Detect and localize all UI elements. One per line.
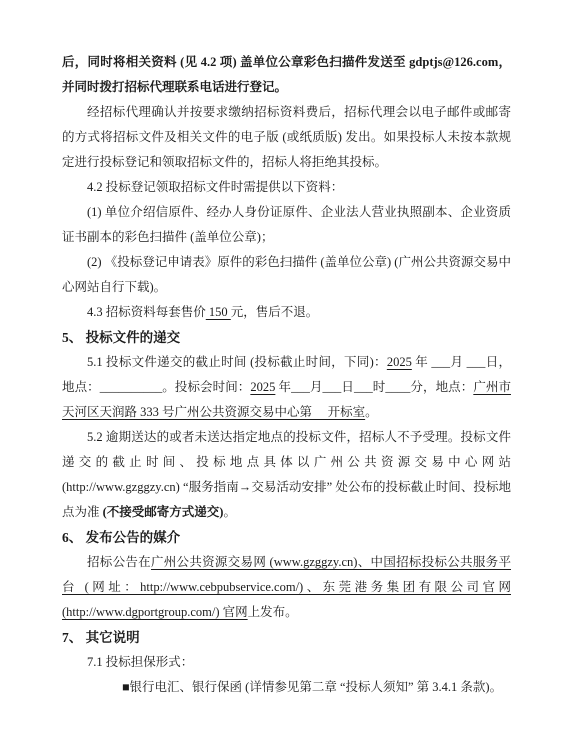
text-run: 2025 <box>250 380 275 394</box>
text-run: gdptjs@126.com <box>409 55 498 69</box>
text-run: 4.2 投标登记领取招标文件时需提供以下资料： <box>87 180 343 194</box>
para-4-2: 4.2 投标登记领取招标文件时需提供以下资料： <box>62 175 511 200</box>
text-run: (2) 《投标登记申请表》原件的彩色扫描件 (盖单位公章) (广州公共资源交易中… <box>62 255 511 294</box>
para-registration-continued: 后，同时将相关资料 (见 4.2 项) 盖单位公章彩色扫描件发送至 gdptjs… <box>62 50 511 100</box>
text-run: (不接受邮寄方式递交) <box>103 505 224 519</box>
document-page: 后，同时将相关资料 (见 4.2 项) 盖单位公章彩色扫描件发送至 gdptjs… <box>0 0 567 736</box>
text-run: 7、 其它说明 <box>62 630 140 645</box>
para-agency-confirmation: 经招标代理确认并按要求缴纳招标资料费后，招标代理会以电子邮件或邮寄的方式将招标文… <box>62 100 511 175</box>
text-run: 。 <box>365 405 378 419</box>
text-run: 7.1 投标担保形式： <box>87 655 193 669</box>
text-run: 4.3 招标资料每套售价 <box>87 305 206 319</box>
text-run: 5.1 投标文件递交的截止时间 (投标截止时间，下同)： <box>87 355 387 369</box>
para-4-3: 4.3 招标资料每套售价 150 元，售后不退。 <box>62 300 511 325</box>
para-4-2-item-2: (2) 《投标登记申请表》原件的彩色扫描件 (盖单位公章) (广州公共资源交易中… <box>62 250 511 300</box>
heading-7: 7、 其它说明 <box>62 625 511 650</box>
text-run: 。 <box>223 505 236 519</box>
para-7-1: 7.1 投标担保形式： <box>62 650 511 675</box>
heading-6: 6、 发布公告的媒介 <box>62 525 511 550</box>
text-run: 年___月___日___时____分，地点： <box>275 380 473 394</box>
text-run: 150 <box>206 305 231 319</box>
text-run: 2025 <box>387 355 412 369</box>
para-5-2: 5.2 逾期送达的或者未送达指定地点的投标文件，招标人不予受理。投标文件递交的截… <box>62 425 511 525</box>
text-run: ■银行电汇、银行保函 (详情参见第二章 “投标人须知” 第 3.4.1 条款)。 <box>122 680 502 694</box>
text-run: 经招标代理确认并按要求缴纳招标资料费后，招标代理会以电子邮件或邮寄的方式将招标文… <box>62 105 511 169</box>
heading-5: 5、 投标文件的递交 <box>62 325 511 350</box>
para-4-2-item-1: (1) 单位介绍信原件、经办人身份证原件、企业法人营业执照副本、企业资质证书副本… <box>62 200 511 250</box>
text-run: 上发布。 <box>248 605 298 619</box>
para-6-media: 招标公告在广州公共资源交易网 (www.gzggzy.cn)、中国招标投标公共服… <box>62 550 511 625</box>
para-7-1-option: ■银行电汇、银行保函 (详情参见第二章 “投标人须知” 第 3.4.1 条款)。 <box>62 675 511 700</box>
text-run: 6、 发布公告的媒介 <box>62 530 180 545</box>
text-run: (1) 单位介绍信原件、经办人身份证原件、企业法人营业执照副本、企业资质证书副本… <box>62 205 511 244</box>
text-run: 招标公告在 <box>87 555 151 569</box>
text-run: 5、 投标文件的递交 <box>62 330 180 345</box>
text-run: 后，同时将相关资料 (见 4.2 项) 盖单位公章彩色扫描件发送至 <box>62 55 409 69</box>
text-run: 元，售后不退。 <box>231 305 319 319</box>
para-5-1: 5.1 投标文件递交的截止时间 (投标截止时间，下同)：2025 年 ___月 … <box>62 350 511 425</box>
